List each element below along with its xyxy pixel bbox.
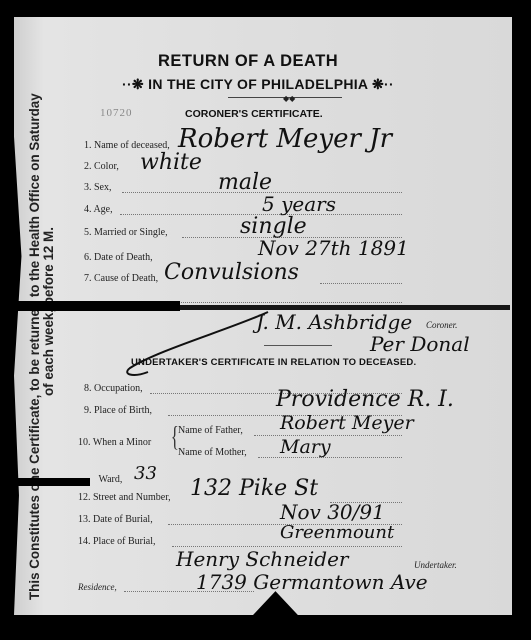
field-place-of-birth: 9. Place of Birth, — [84, 405, 152, 416]
field-label: Sex, — [94, 182, 112, 193]
name-of-deceased-value: Robert Meyer Jr — [178, 124, 392, 154]
field-number: 2. — [84, 161, 92, 172]
subtitle-text: IN THE CITY OF PHILADELPHIA — [148, 76, 368, 92]
field-number: 4. — [84, 204, 92, 215]
coroner-role-label: Coroner. — [426, 320, 457, 330]
place-of-birth-value: Providence R. I. — [276, 387, 454, 412]
document-title: RETURN OF A DEATH — [158, 52, 338, 71]
color-value: white — [140, 150, 202, 175]
field-label: Color, — [94, 161, 119, 172]
burial-place-value: Greenmount — [280, 522, 394, 543]
coroner-certificate-heading: CORONER'S CERTIFICATE. — [185, 108, 323, 120]
field-number: 7. — [84, 273, 92, 284]
field-cause-of-death: 7. Cause of Death, — [84, 273, 158, 284]
field-label: Date of Death, — [94, 252, 153, 263]
field-number: 6. — [84, 252, 92, 263]
undertaker-signature: Henry Schneider — [176, 547, 348, 571]
field-label: Street and Number, — [93, 492, 171, 503]
field-label: Place of Burial, — [93, 536, 155, 547]
field-name-of-mother: Name of Mother, — [178, 447, 247, 458]
field-number: 9. — [84, 405, 92, 416]
tape-mark-lower — [0, 478, 90, 486]
mother-name-value: Mary — [280, 436, 331, 458]
field-number: 8. — [84, 383, 92, 394]
ornament-right-icon: ❋·· — [368, 76, 394, 92]
field-number: 5. — [84, 227, 92, 238]
field-sex: 3. Sex, — [84, 182, 112, 193]
per-signature: Per Donal — [370, 332, 470, 356]
field-married-or-single: 5. Married or Single, — [84, 227, 168, 238]
field-place-of-burial: 14. Place of Burial, — [78, 536, 155, 547]
father-name-value: Robert Meyer — [280, 412, 414, 434]
undertaker-certificate-heading: UNDERTAKER'S CERTIFICATE IN RELATION TO … — [131, 357, 416, 368]
field-label: Occupation, — [94, 383, 143, 394]
field-occupation: 8. Occupation, — [84, 383, 143, 394]
field-color: 2. Color, — [84, 161, 119, 172]
field-label: Name of Mother, — [178, 447, 247, 458]
residence-value: 1739 Germantown Ave — [196, 570, 428, 594]
field-number: 14. — [78, 536, 91, 547]
field-number: 3. — [84, 182, 92, 193]
field-number: 1. — [84, 140, 92, 151]
field-date-of-burial: 13. Date of Burial, — [78, 514, 153, 525]
field-ward: 11. Ward, — [84, 474, 122, 485]
burial-date-value: Nov 30/91 — [280, 500, 385, 524]
field-name-of-father: Name of Father, — [178, 425, 243, 436]
document-subtitle: ··❋ IN THE CITY OF PHILADELPHIA ❋·· — [122, 76, 394, 93]
cause-dotted-line — [320, 283, 402, 284]
field-label: Ward, — [98, 474, 122, 485]
field-label: Date of Burial, — [93, 514, 153, 525]
field-when-a-minor: 10. When a Minor — [78, 437, 151, 448]
field-label: When a Minor — [93, 437, 151, 448]
field-age: 4. Age, — [84, 204, 113, 215]
field-label: Name of Father, — [178, 425, 243, 436]
field-date-of-death: 6. Date of Death, — [84, 252, 153, 263]
field-street-and-number: 12. Street and Number, — [78, 492, 171, 503]
field-label: Cause of Death, — [94, 273, 158, 284]
date-of-death-value: Nov 27th 1891 — [258, 236, 409, 260]
ward-value: 33 — [134, 463, 157, 484]
field-number: 12. — [78, 492, 91, 503]
serial-number: 10720 — [100, 107, 133, 119]
field-label: Age, — [93, 204, 112, 215]
age-value: 5 years — [262, 192, 336, 216]
street-value: 132 Pike St — [190, 476, 318, 501]
ornament-left-icon: ··❋ — [122, 76, 148, 92]
field-label: Place of Birth, — [94, 405, 152, 416]
field-label: Married or Single, — [94, 227, 168, 238]
divider-ornament-icon: ◆◆ — [283, 94, 295, 103]
undertaker-role-label: Undertaker. — [414, 560, 457, 570]
field-number: 13. — [78, 514, 91, 525]
field-number: 10. — [78, 437, 91, 448]
cause-of-death-value: Convulsions — [164, 260, 299, 285]
residence-label: Residence, — [78, 582, 117, 592]
